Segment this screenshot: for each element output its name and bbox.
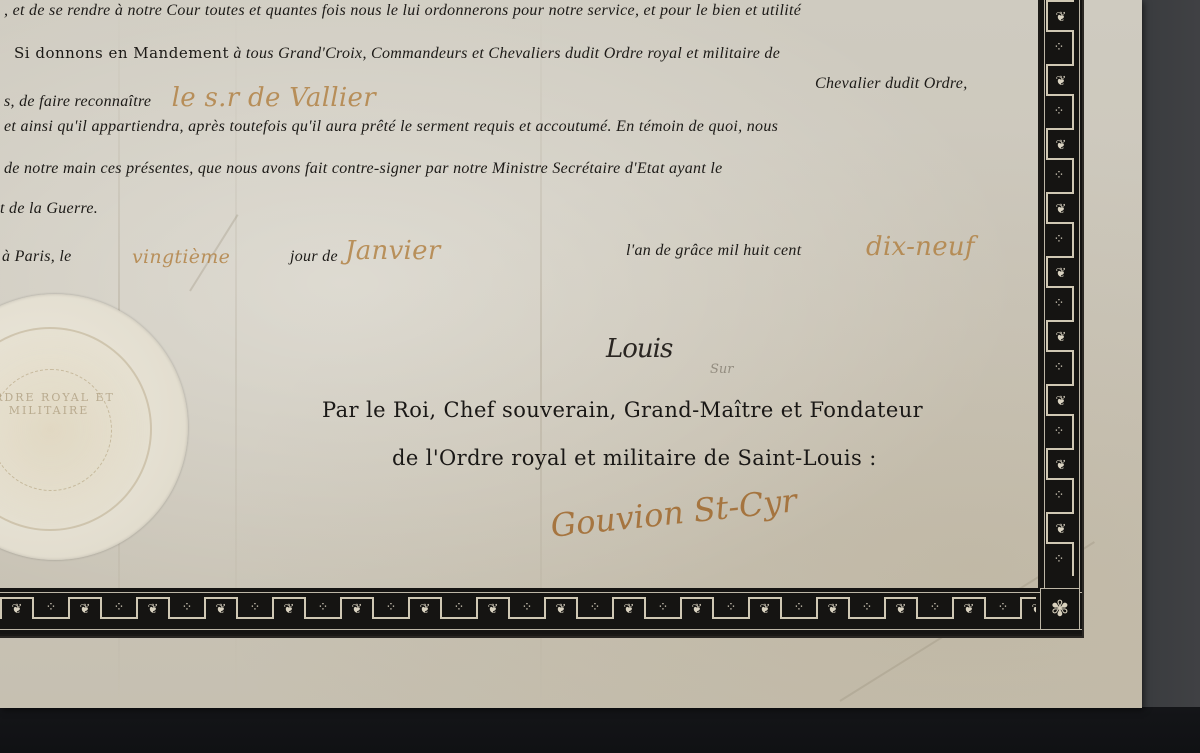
date-year-prefix: l'an de grâce mil huit cent [626, 242, 801, 260]
fleur-ornament-icon: ❦ [544, 597, 578, 619]
dot-ornament-icon: ⁘ [1046, 544, 1074, 576]
fleur-ornament-icon: ❦ [68, 597, 102, 619]
dot-ornament-icon: ⁘ [34, 597, 68, 619]
dot-ornament-icon: ⁘ [714, 597, 748, 619]
dot-ornament-icon: ⁘ [238, 597, 272, 619]
text-line-5: de notre main ces présentes, que nous av… [4, 160, 723, 178]
fleur-ornament-icon: ❦ [408, 597, 442, 619]
fleur-ornament-icon: ❦ [952, 597, 986, 619]
dot-ornament-icon: ⁘ [1046, 32, 1074, 64]
dot-ornament-icon: ⁘ [1046, 224, 1074, 256]
fleur-ornament-icon: ❦ [272, 597, 306, 619]
date-year: dix-neuf [866, 232, 975, 262]
embossed-seal: ORDRE ROYAL ET MILITAIRE [0, 294, 188, 560]
backdrop-right [1143, 0, 1200, 753]
dot-ornament-icon: ⁘ [1046, 480, 1074, 512]
dot-ornament-icon: ⁘ [1046, 352, 1074, 384]
fleur-ornament-icon: ❦ [136, 597, 170, 619]
formula-line-2: de l'Ordre royal et militaire de Saint-L… [392, 446, 877, 470]
fleur-ornament-icon: ❦ [204, 597, 238, 619]
fleur-ornament-icon: ❦ [1046, 384, 1074, 416]
border-rule-bottom [0, 636, 1082, 638]
date-month: Janvier [345, 236, 441, 266]
corner-rosette-icon: ✾ [1040, 588, 1080, 630]
seal-inner-ring: ORDRE ROYAL ET MILITAIRE [0, 327, 152, 531]
greek-key-pattern-horizontal: ❦⁘ ❦⁘ ❦⁘ ❦⁘ ❦⁘ ❦⁘ ❦⁘ ❦⁘ ❦⁘ ❦⁘ ❦⁘ ❦⁘ ❦⁘ ❦… [0, 592, 1036, 624]
date-day: vingtième [132, 246, 230, 268]
fleur-ornament-icon: ❦ [884, 597, 918, 619]
text-line-3-left: s, de faire reconnaître [4, 93, 151, 110]
text-line-2: Si donnons en Mandement à tous Grand'Cro… [14, 44, 780, 63]
fleur-ornament-icon: ❦ [1046, 64, 1074, 96]
formula-line-1: Par le Roi, Chef souverain, Grand-Maître… [322, 398, 923, 422]
dot-ornament-icon: ⁘ [102, 597, 136, 619]
dot-ornament-icon: ⁘ [850, 597, 884, 619]
text-line-3-right: Chevalier dudit Ordre, [815, 75, 968, 93]
dot-ornament-icon: ⁘ [646, 597, 680, 619]
dot-ornament-icon: ⁘ [918, 597, 952, 619]
dot-ornament-icon: ⁘ [170, 597, 204, 619]
dot-ornament-icon: ⁘ [510, 597, 544, 619]
greek-key-pattern-vertical: ❦⁘ ❦⁘ ❦⁘ ❦⁘ ❦⁘ ❦⁘ ❦⁘ ❦⁘ ❦⁘ [1042, 0, 1078, 588]
seal-legend: ORDRE ROYAL ET MILITAIRE [0, 391, 134, 417]
fleur-ornament-icon: ❦ [748, 597, 782, 619]
king-signature: Louis [606, 334, 672, 364]
border-rule-right [1082, 0, 1084, 638]
date-jour-de: jour de [290, 248, 338, 266]
fleur-ornament-icon: ❦ [340, 597, 374, 619]
dot-ornament-icon: ⁘ [442, 597, 476, 619]
fleur-ornament-icon: ❦ [612, 597, 646, 619]
fleur-ornament-icon: ❦ [476, 597, 510, 619]
text-line-2-rest: à tous Grand'Croix, Commandeurs et Cheva… [233, 45, 780, 62]
fleur-ornament-icon: ❦ [1046, 0, 1074, 32]
text-line-3: s, de faire reconnaître le s.r de Vallie… [4, 83, 376, 113]
text-line-6: t de la Guerre. [0, 200, 98, 218]
backdrop-bottom [0, 707, 1200, 753]
fleur-ornament-icon: ❦ [1046, 320, 1074, 352]
fleur-ornament-icon: ❦ [1046, 128, 1074, 160]
parchment-document: , et de se rendre à notre Cour toutes et… [0, 0, 1142, 708]
signature-annotation: Sur [710, 362, 734, 377]
fleur-ornament-icon: ❦ [1046, 448, 1074, 480]
ronde-script-phrase: Si donnons en Mandement [14, 44, 229, 62]
dot-ornament-icon: ⁘ [374, 597, 408, 619]
fleur-ornament-icon: ❦ [816, 597, 850, 619]
fleur-ornament-icon: ❦ [1046, 512, 1074, 544]
fleur-ornament-icon: ❦ [1046, 256, 1074, 288]
dot-ornament-icon: ⁘ [578, 597, 612, 619]
minister-signature: Gouvion St-Cyr [549, 481, 799, 545]
fleur-ornament-icon: ❦ [0, 597, 34, 619]
fleur-ornament-icon: ❦ [680, 597, 714, 619]
date-prefix: à Paris, le [2, 248, 72, 266]
fleur-ornament-icon: ❦ [1020, 597, 1036, 619]
dot-ornament-icon: ⁘ [1046, 416, 1074, 448]
seal-coat-of-arms [0, 369, 112, 491]
dot-ornament-icon: ⁘ [1046, 160, 1074, 192]
dot-ornament-icon: ⁘ [782, 597, 816, 619]
text-line-1: , et de se rendre à notre Cour toutes et… [4, 2, 801, 20]
text-line-4: et ainsi qu'il appartiendra, après toute… [4, 118, 778, 136]
recipient-name: le s.r de Vallier [172, 83, 376, 113]
dot-ornament-icon: ⁘ [1046, 96, 1074, 128]
dot-ornament-icon: ⁘ [986, 597, 1020, 619]
dot-ornament-icon: ⁘ [306, 597, 340, 619]
dot-ornament-icon: ⁘ [1046, 288, 1074, 320]
fleur-ornament-icon: ❦ [1046, 192, 1074, 224]
